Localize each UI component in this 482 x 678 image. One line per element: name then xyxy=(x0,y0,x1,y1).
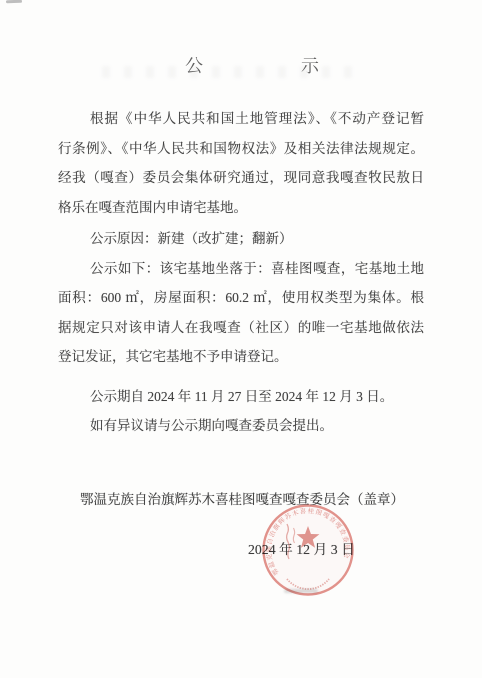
scan-artifact xyxy=(284,589,318,593)
text-line: 经我（嘎查）委员会集体研究通过，现同意我嘎查牧民敖日 xyxy=(58,163,424,193)
notice-body: 根据《中华人民共和国土地管理法》、《不动产登记暂 行条例》、《中华人民共和国物权… xyxy=(58,104,424,441)
text-line: 面积：600 ㎡，房屋面积：60.2 ㎡，使用权类型为集体。根 xyxy=(58,283,424,313)
text-line: 格乐在嘎查范围内申请宅基地。 xyxy=(58,193,424,223)
paragraph-period: 公示期自 2024 年 11 月 27 日至 2024 年 12 月 3 日。 xyxy=(58,382,424,412)
scan-artifact xyxy=(6,0,22,3)
text-line: 公示期自 2024 年 11 月 27 日至 2024 年 12 月 3 日。 xyxy=(58,382,424,412)
paragraph-reason: 公示原因：新建（改扩建；翻新） xyxy=(58,224,424,254)
page-title: 公示 xyxy=(185,55,417,77)
text-line: 登记发证，其它宅基地不予申请登记。 xyxy=(58,342,424,372)
paragraph-details: 公示如下：该宅基地坐落于：喜桂图嘎查，宅基地土地 面积：600 ㎡，房屋面积：6… xyxy=(58,254,424,372)
text-line: 据规定只对该申请人在我嘎查（社区）的唯一宅基地做依法 xyxy=(58,313,424,343)
paragraph-objection: 如有异议请与公示期向嘎查委员会提出。 xyxy=(58,411,424,441)
paragraph-legal-basis: 根据《中华人民共和国土地管理法》、《不动产登记暂 行条例》、《中华人民共和国物权… xyxy=(58,104,424,222)
text-line: 公示如下：该宅基地坐落于：喜桂图嘎查，宅基地土地 xyxy=(58,254,424,284)
text-line: 公示原因：新建（改扩建；翻新） xyxy=(58,224,424,254)
signature-line: 鄂温克族自治旗辉苏木喜桂图嘎查嘎查委员会（盖章） xyxy=(80,490,404,510)
date-line: 2024 年 12 月 3 日 xyxy=(248,540,355,560)
text-line: 根据《中华人民共和国土地管理法》、《不动产登记暂 xyxy=(58,104,424,134)
notice-page: 公示 根据《中华人民共和国土地管理法》、《不动产登记暂 行条例》、《中华人民共和… xyxy=(0,0,482,678)
seal-serial-text xyxy=(287,579,329,589)
text-line: 行条例》、《中华人民共和国物权法》及相关法律法规规定。 xyxy=(58,134,424,164)
text-line: 如有异议请与公示期向嘎查委员会提出。 xyxy=(58,411,424,441)
